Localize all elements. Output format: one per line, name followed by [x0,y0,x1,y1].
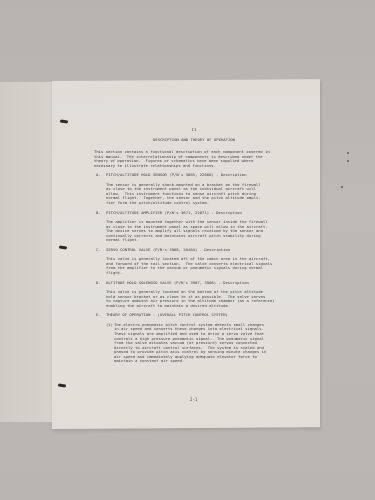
theory-item-1: (1) The electro-pneumatic pitch control … [106,323,294,364]
dust-speck [341,186,343,188]
page-number: 2-1 [190,397,197,402]
dust-speck [347,160,349,162]
section-body-c: This valve is generally located aft of t… [106,257,294,275]
section-body-b: The amplifier is mounted together with t… [106,220,294,243]
intro-paragraph: This section contains a functional descr… [94,150,294,168]
document-body: II DESCRIPTION AND THEORY OF OPERATION T… [94,128,294,364]
section-body-a: The sensor is generally shock-mounted on… [106,183,294,206]
underlying-page [0,82,59,422]
section-body-d: This valve is generally located on the b… [106,290,294,308]
dust-speck [347,152,349,154]
